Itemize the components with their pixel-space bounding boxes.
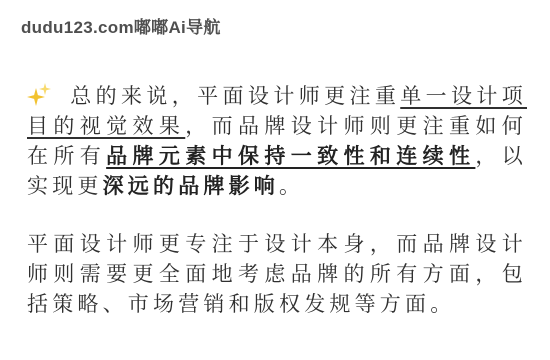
text-run: 。 xyxy=(279,175,304,198)
text-run: 总的来说，平面设计师更注重 xyxy=(70,85,400,108)
highlighted-text: 深远的品牌影响 xyxy=(103,175,279,198)
sparkles-icon xyxy=(27,83,51,107)
site-header-title: dudu123.com嘟嘟Ai导航 xyxy=(21,13,221,38)
text-run: 平面设计师更专注于设计本身，而品牌设计师则需要更全面地考虑品牌的所有方面，包括策… xyxy=(27,233,527,316)
article: 总的来说，平面设计师更注重单一设计项目的视觉效果，而品牌设计师则更注重如何在所有… xyxy=(27,82,527,348)
highlighted-text: 品牌元素中保持一致性和连续性 xyxy=(106,145,475,168)
paragraph: 总的来说，平面设计师更注重单一设计项目的视觉效果，而品牌设计师则更注重如何在所有… xyxy=(27,82,527,202)
paragraph: 平面设计师更专注于设计本身，而品牌设计师则需要更全面地考虑品牌的所有方面，包括策… xyxy=(27,230,527,320)
